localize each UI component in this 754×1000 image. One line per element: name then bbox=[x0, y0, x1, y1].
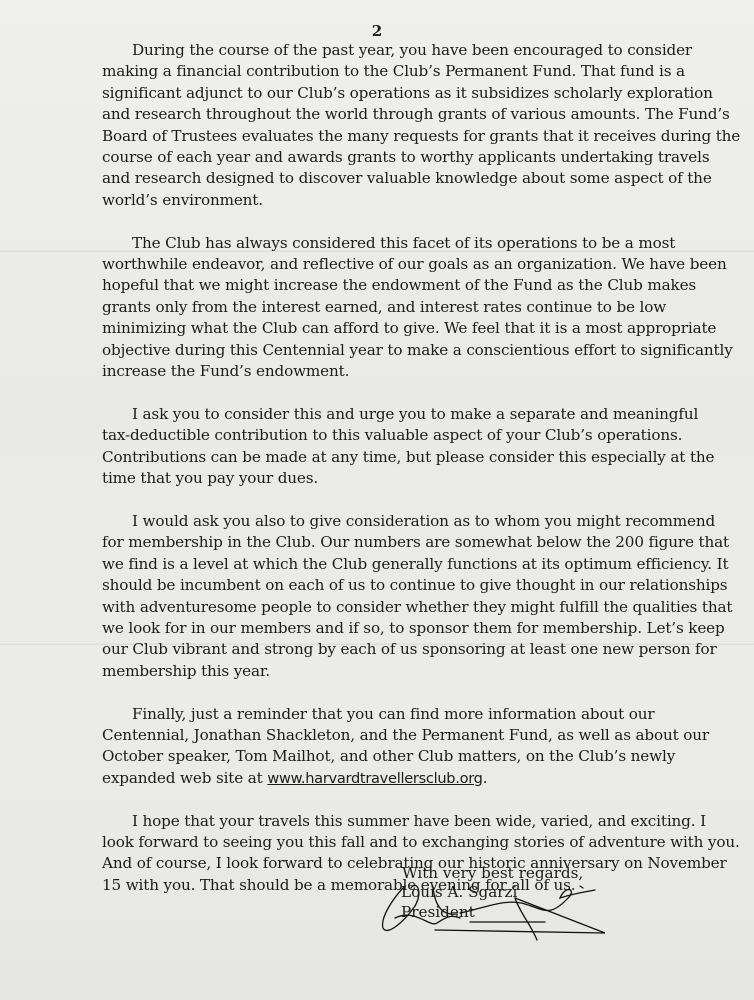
text-line: hopeful that we might increase the endow… bbox=[102, 275, 682, 296]
text-line: significant adjunct to our Club’s operat… bbox=[102, 83, 682, 104]
text-line: for membership in the Club. Our numbers … bbox=[102, 532, 682, 553]
text-line: tax-deductible contribution to this valu… bbox=[102, 425, 682, 446]
text-line: grants only from the interest earned, an… bbox=[102, 297, 682, 318]
text-line: minimizing what the Club can afford to g… bbox=[102, 318, 682, 339]
text-line: I ask you to consider this and urge you … bbox=[102, 404, 682, 425]
paragraph-membership: I would ask you also to give considerati… bbox=[102, 511, 682, 682]
text-line: time that you pay your dues. bbox=[102, 468, 682, 489]
signer-title: President bbox=[401, 902, 517, 922]
text-line: we look for in our members and if so, to… bbox=[102, 618, 682, 639]
text-line: Finally, just a reminder that you can fi… bbox=[102, 704, 682, 725]
paragraph-website-reminder: Finally, just a reminder that you can fi… bbox=[102, 704, 682, 790]
letter-body: During the course of the past year, you … bbox=[102, 40, 682, 918]
text-line: world’s environment. bbox=[102, 190, 682, 211]
paragraph-permanent-fund: During the course of the past year, you … bbox=[102, 40, 682, 211]
text-line: Board of Trustees evaluates the many req… bbox=[102, 126, 682, 147]
text-line: with adventuresome people to consider wh… bbox=[102, 597, 682, 618]
text-line: And of course, I look forward to celebra… bbox=[102, 853, 682, 874]
website-link[interactable]: www.harvardtravellersclub.org bbox=[267, 770, 482, 787]
text-line: I would ask you also to give considerati… bbox=[102, 511, 682, 532]
letter-page: 2 During the course of the past year, yo… bbox=[0, 0, 754, 1000]
text-line: look forward to seeing you this fall and… bbox=[102, 832, 682, 853]
text-line: During the course of the past year, you … bbox=[102, 40, 682, 61]
text-line: course of each year and awards grants to… bbox=[102, 147, 682, 168]
text-line: worthwhile endeavor, and reflective of o… bbox=[102, 254, 682, 275]
signer-block: Louis A. Sgarzi President bbox=[401, 882, 517, 922]
text-line: I hope that your travels this summer hav… bbox=[102, 811, 682, 832]
text-fragment: expanded web site at bbox=[102, 769, 267, 787]
page-number: 2 bbox=[0, 22, 754, 40]
text-line: our Club vibrant and strong by each of u… bbox=[102, 639, 682, 660]
paragraph-contribution-request: I ask you to consider this and urge you … bbox=[102, 404, 682, 490]
text-line: objective during this Centennial year to… bbox=[102, 340, 682, 361]
text-line: Centennial, Jonathan Shackleton, and the… bbox=[102, 725, 682, 746]
text-line: we find is a level at which the Club gen… bbox=[102, 554, 682, 575]
paragraph-endowment: The Club has always considered this face… bbox=[102, 233, 682, 383]
text-line: October speaker, Tom Mailhot, and other … bbox=[102, 746, 682, 767]
text-line: The Club has always considered this face… bbox=[102, 233, 682, 254]
text-line: and research throughout the world throug… bbox=[102, 104, 682, 125]
text-line: Contributions can be made at any time, b… bbox=[102, 447, 682, 468]
text-line: and research designed to discover valuab… bbox=[102, 168, 682, 189]
signer-name: Louis A. Sgarzi bbox=[401, 882, 517, 902]
text-line: membership this year. bbox=[102, 661, 682, 682]
text-line-with-link: expanded web site at www.harvardtravelle… bbox=[102, 768, 682, 789]
text-line: should be incumbent on each of us to con… bbox=[102, 575, 682, 596]
text-line: making a financial contribution to the C… bbox=[102, 61, 682, 82]
text-line: increase the Fund’s endowment. bbox=[102, 361, 682, 382]
text-fragment: . bbox=[483, 769, 488, 787]
